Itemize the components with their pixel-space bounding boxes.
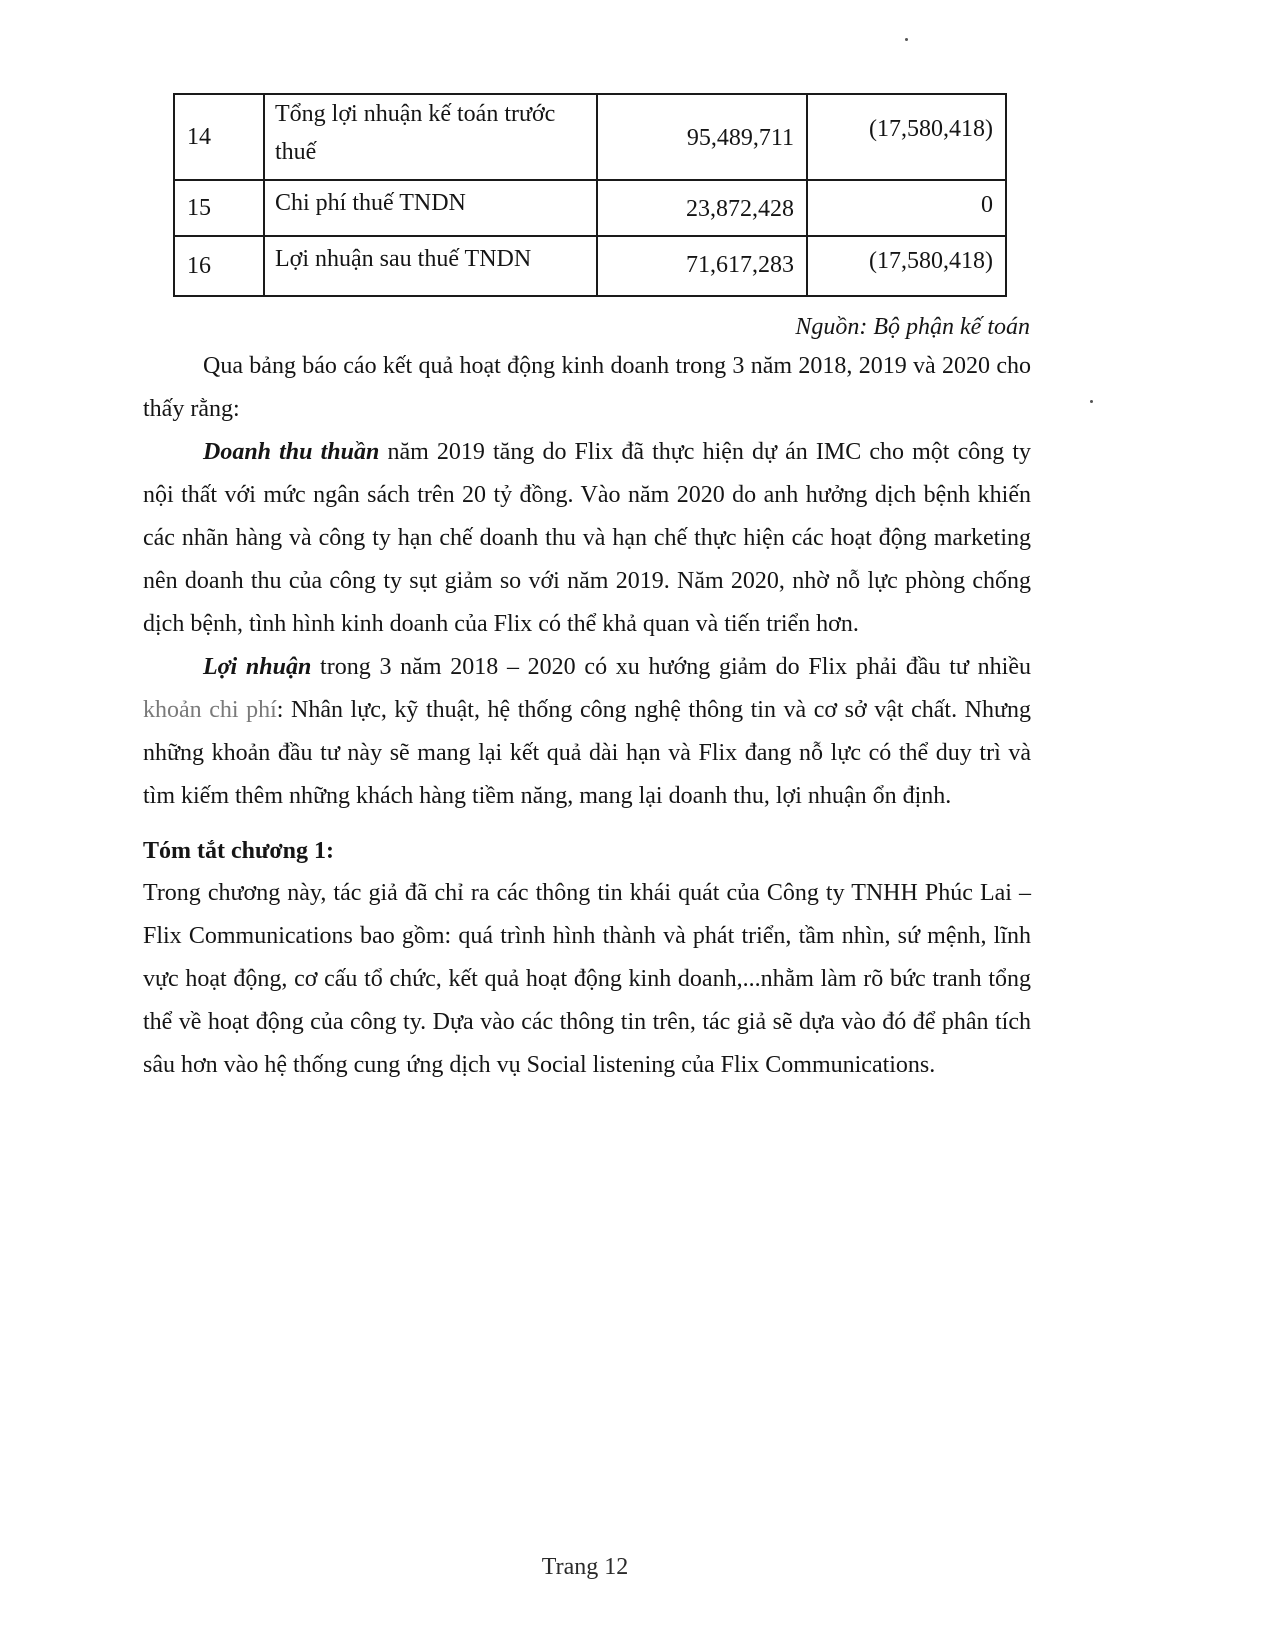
row-label: Chi phí thuế TNDN	[264, 180, 597, 236]
financial-results-table: 14 Tổng lợi nhuận kế toán trướcthuế 95,4…	[173, 93, 1007, 297]
scan-speck	[905, 38, 908, 41]
row-value-2: 0	[807, 180, 1006, 236]
row-value-2: (17,580,418)	[807, 236, 1006, 296]
revenue-paragraph: Doanh thu thuần năm 2019 tăng do Flix đã…	[143, 431, 1031, 646]
chapter-summary-heading: Tóm tắt chương 1:	[143, 833, 334, 869]
table-row: 14 Tổng lợi nhuận kế toán trướcthuế 95,4…	[174, 94, 1006, 180]
revenue-term: Doanh thu thuần	[203, 439, 379, 465]
chapter-summary-paragraph: Trong chương này, tác giả đã chỉ ra các …	[143, 872, 1031, 1087]
profit-paragraph: Lợi nhuận trong 3 năm 2018 – 2020 có xu …	[143, 646, 1031, 818]
scan-speck	[1090, 400, 1093, 403]
profit-term: Lợi nhuận	[203, 654, 311, 680]
row-number: 15	[174, 180, 264, 236]
row-value-1: 71,617,283	[597, 236, 807, 296]
intro-text: Qua bảng báo cáo kết quả hoạt động kinh …	[143, 353, 1031, 422]
document-page: 14 Tổng lợi nhuận kế toán trướcthuế 95,4…	[0, 0, 1275, 1650]
table-source-note: Nguồn: Bộ phận kế toán	[795, 312, 1030, 342]
row-label: Tổng lợi nhuận kế toán trướcthuế	[264, 94, 597, 180]
page-number: Trang 12	[0, 1554, 1170, 1581]
row-label-line-2: thuế	[275, 139, 316, 165]
row-label-line-1: Tổng lợi nhuận kế toán trước	[275, 101, 555, 127]
row-value-2: (17,580,418)	[807, 94, 1006, 180]
intro-paragraph: Qua bảng báo cáo kết quả hoạt động kinh …	[143, 345, 1031, 431]
row-number: 14	[174, 94, 264, 180]
row-value-1: 95,489,711	[597, 94, 807, 180]
profit-text-1: trong 3 năm 2018 – 2020 có xu hướng giảm…	[311, 654, 1031, 680]
row-number: 16	[174, 236, 264, 296]
revenue-text: năm 2019 tăng do Flix đã thực hiện dự án…	[143, 439, 1031, 637]
row-label: Lợi nhuận sau thuế TNDN	[264, 236, 597, 296]
profit-text-2: : Nhân lực, kỹ thuật, hệ thống công nghệ…	[143, 697, 1031, 809]
table-row: 16 Lợi nhuận sau thuế TNDN 71,617,283 (1…	[174, 236, 1006, 296]
table-row: 15 Chi phí thuế TNDN 23,872,428 0	[174, 180, 1006, 236]
profit-faded-text: khoản chi phí	[143, 697, 277, 723]
row-value-1: 23,872,428	[597, 180, 807, 236]
